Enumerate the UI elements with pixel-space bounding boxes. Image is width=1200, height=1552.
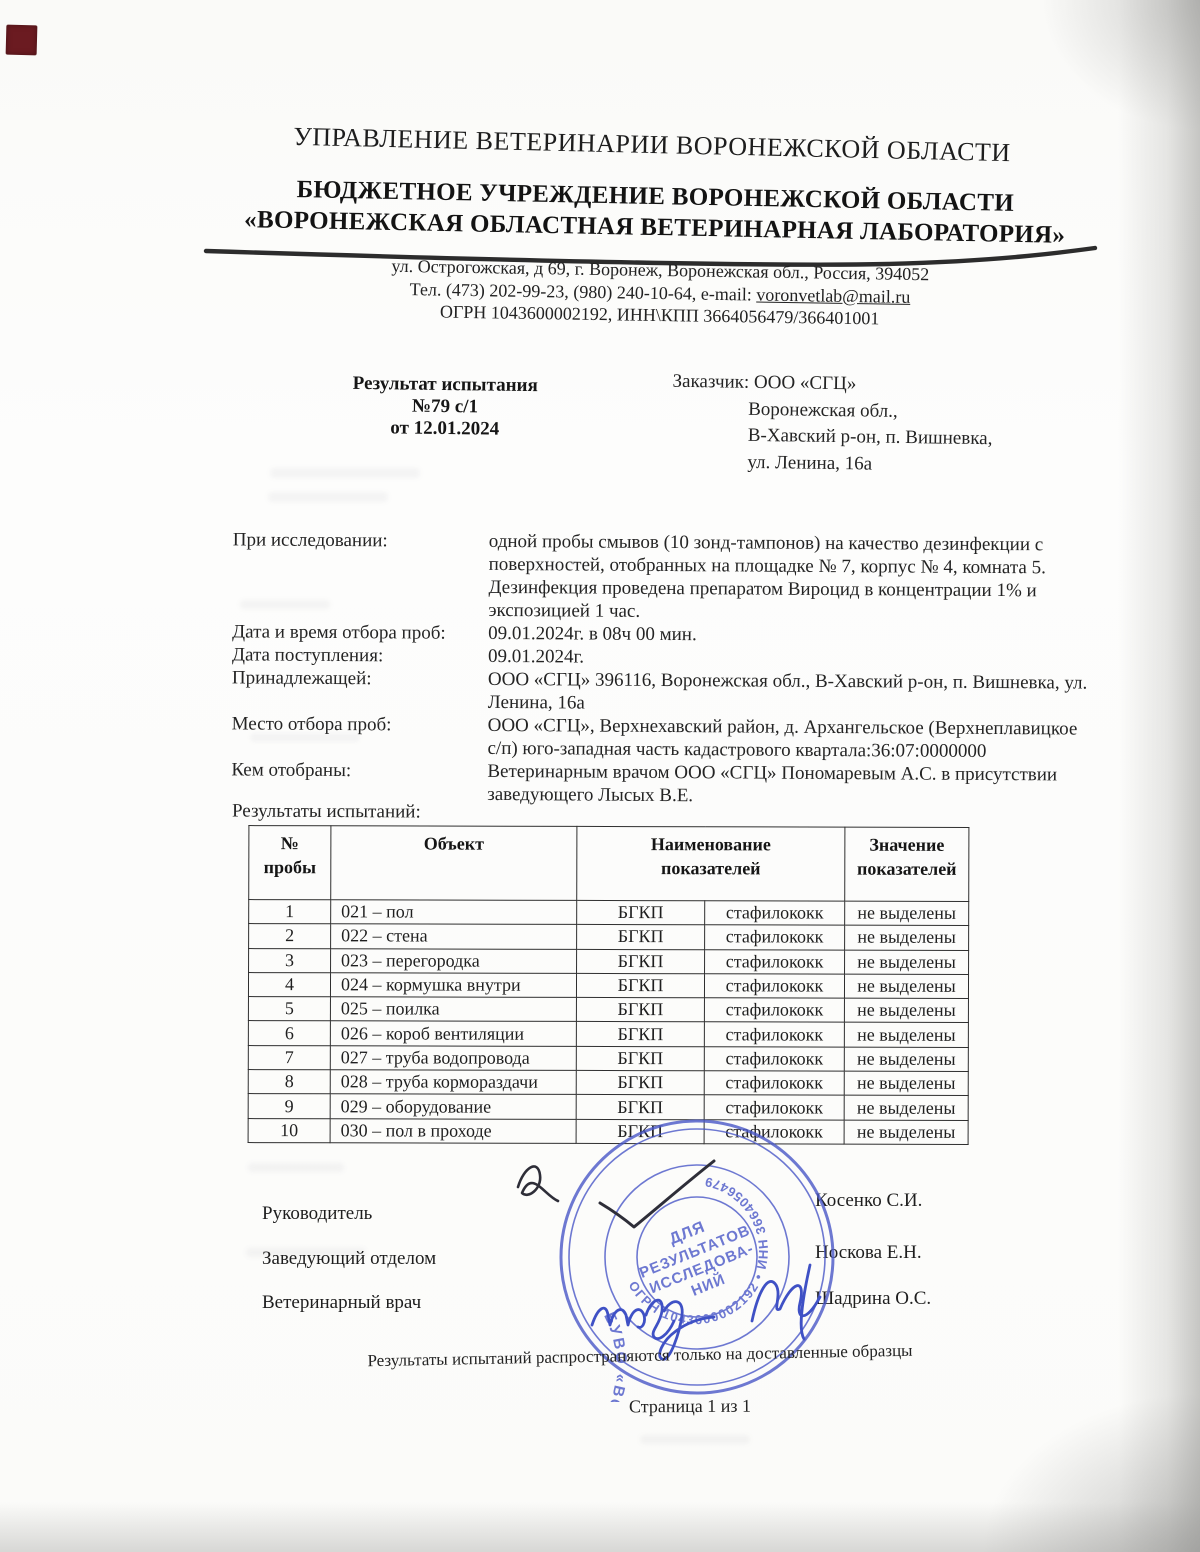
scan-corner-shadow-bottom-right: [980, 1392, 1200, 1552]
cell-sample-no: 3: [249, 948, 331, 973]
table-row: 8028 – труба кормораздачиБГКПстафилококк…: [248, 1070, 968, 1096]
results-table: № пробы Объект Наименование показателей …: [248, 825, 970, 1145]
scan-corner-shadow-top-right: [1040, 0, 1200, 130]
info-label: Кем отобраны:: [231, 758, 487, 806]
email-link: voronvetlab@mail.ru: [756, 284, 910, 306]
info-value: ООО «СГЦ», Верхнехавский район, д. Архан…: [487, 714, 1093, 764]
cell-object: 030 – пол в проходе: [330, 1118, 576, 1143]
cell-object: 026 – короб вентиляции: [330, 1021, 576, 1046]
signature-name: Шадрина О.С.: [815, 1288, 931, 1310]
signature-title: Ветеринарный врач: [262, 1292, 421, 1314]
bleed-through-artifact: [640, 1435, 750, 1444]
cell-indicator-1: БГКП: [576, 973, 704, 998]
result-title-line3: от 12.01.2024: [300, 416, 590, 442]
cell-value: не выделены: [845, 901, 969, 926]
result-title-block: Результат испытания №79 с/1 от 12.01.202…: [300, 372, 591, 442]
cell-object: 028 – труба кормораздачи: [330, 1070, 576, 1095]
table-row: 7027 – труба водопроводаБГКПстафилококкн…: [248, 1045, 968, 1071]
cell-value: не выделены: [845, 925, 969, 950]
cell-indicator-1: БГКП: [577, 900, 705, 925]
info-value: одной пробы смывов (10 зонд-тампонов) на…: [488, 530, 1095, 626]
info-row: Принадлежащей: ООО «СГЦ» 396116, Воронеж…: [232, 666, 1094, 717]
cell-value: не выделены: [844, 974, 968, 999]
cell-indicator-2: стафилококк: [704, 1022, 844, 1047]
cell-object: 027 – труба водопровода: [330, 1046, 576, 1071]
cell-object: 024 – кормушка внутри: [330, 973, 576, 998]
footer-disclaimer: Результаты испытаний распространяются то…: [40, 1334, 1200, 1377]
cell-indicator-1: БГКП: [576, 1095, 704, 1120]
table-header-row: № пробы Объект Наименование показателей …: [249, 826, 969, 902]
stamp-center-line: ДЛЯ: [667, 1219, 708, 1249]
stamp-numbers-text: ОГРН 1043600002192 • ИНН 3664056479: [598, 1160, 794, 1351]
cell-value: не выделены: [844, 1071, 968, 1096]
cell-indicator-2: стафилококк: [705, 949, 845, 974]
customer-line1: Заказчик: ООО «СГЦ»: [672, 369, 993, 400]
cell-value: не выделены: [844, 998, 968, 1023]
cell-sample-no: 7: [248, 1045, 330, 1070]
table-row: 10030 – пол в проходеБГКПстафилококкне в…: [248, 1118, 968, 1144]
results-table-body: 1021 – полБГКПстафилококкне выделены2022…: [248, 900, 969, 1145]
cell-indicator-1: БГКП: [577, 925, 705, 950]
table-row: 5025 – поилкаБГКПстафилококкне выделены: [248, 997, 968, 1023]
info-value: Ветеринарным врачом ООО «СГЦ» Пономаревы…: [487, 760, 1093, 810]
organization-name: БЮДЖЕТНОЕ УЧРЕЖДЕНИЕ ВОРОНЕЖСКОЙ ОБЛАСТИ…: [55, 169, 1200, 254]
noskova-signature: [752, 1265, 820, 1339]
stamp-outer-text: БУВО «ВОРОНЕЖСКАЯ ОБЛВЕТЛАБОРАТОРИЯ»: [552, 1225, 667, 1402]
cell-indicator-1: БГКП: [576, 1046, 704, 1071]
table-row: 4024 – кормушка внутриБГКПстафилококкне …: [248, 972, 968, 998]
info-label: При исследовании:: [232, 528, 489, 622]
cell-value: не выделены: [844, 1120, 968, 1145]
cell-object: 022 – стена: [331, 924, 577, 949]
signature-title: Заведующий отделом: [262, 1248, 436, 1270]
signature-title: Руководитель: [262, 1203, 372, 1225]
cell-indicator-1: БГКП: [576, 1070, 704, 1095]
cell-value: не выделены: [844, 1047, 968, 1072]
cell-sample-no: 10: [248, 1118, 330, 1143]
handwritten-signatures: [470, 1125, 870, 1375]
customer-line4: ул. Ленина, 16а: [671, 448, 992, 479]
cell-indicator-2: стафилококк: [704, 974, 844, 999]
cell-sample-no: 2: [249, 924, 331, 949]
cell-indicator-1: БГКП: [577, 949, 705, 974]
info-label: Принадлежащей:: [232, 666, 488, 714]
cell-sample-no: 4: [248, 972, 330, 997]
cell-value: не выделены: [844, 1023, 968, 1048]
table-row: 9029 – оборудованиеБГКПстафилококкне выд…: [248, 1094, 968, 1120]
cell-sample-no: 8: [248, 1070, 330, 1095]
red-scan-artifact: [6, 25, 38, 56]
info-row: При исследовании: одной пробы смывов (10…: [232, 528, 1095, 625]
cell-indicator-2: стафилококк: [704, 1095, 844, 1120]
cell-indicator-2: стафилококк: [704, 1071, 844, 1096]
signature-name: Носкова Е.Н.: [815, 1242, 922, 1264]
department-name: УПРАВЛЕНИЕ ВЕТЕРИНАРИИ ВОРОНЕЖСКОЙ ОБЛАС…: [52, 116, 1200, 173]
table-row: 6026 – короб вентиляцииБГКПстафилококкне…: [248, 1021, 968, 1047]
info-label: Дата поступления:: [232, 643, 488, 668]
svg-text:ОГРН 1043600002192 • ИНН 366: ОГРН 1043600002192 • ИНН 3664056479: [598, 1160, 794, 1351]
results-table-header: № пробы Объект Наименование показателей …: [249, 826, 969, 902]
cell-indicator-2: стафилококк: [704, 998, 844, 1023]
stamp-center-line: НИЙ: [688, 1270, 728, 1300]
cell-indicator-1: БГКП: [576, 1119, 704, 1144]
director-signature: [518, 1161, 714, 1227]
table-row: 2022 – стенаБГКПстафилококкне выделены: [249, 924, 969, 950]
info-label: Дата и время отбора проб:: [232, 620, 488, 645]
cell-value: не выделены: [844, 1095, 968, 1120]
info-row: Место отбора проб: ООО «СГЦ», Верхнехавс…: [231, 712, 1093, 763]
bleed-through-artifact: [248, 1163, 344, 1172]
cell-object: 021 – пол: [331, 900, 577, 925]
col-header-object: Объект: [331, 826, 577, 901]
contact-block: ул. Острогожская, д 69, г. Воронеж, Воро…: [60, 250, 1200, 336]
cell-sample-no: 6: [248, 1021, 330, 1046]
bleed-through-artifact: [268, 492, 388, 502]
cell-indicator-2: стафилококк: [704, 1047, 844, 1072]
cell-sample-no: 9: [248, 1094, 330, 1119]
cell-object: 023 – перегородка: [331, 948, 577, 973]
table-row: 1021 – полБГКПстафилококкне выделены: [249, 900, 969, 926]
cell-indicator-2: стафилококк: [705, 901, 845, 926]
cell-object: 029 – оборудование: [330, 1094, 576, 1119]
signature-name: Косенко С.И.: [815, 1190, 922, 1212]
cell-object: 025 – поилка: [330, 997, 576, 1022]
svg-text:БУВО «ВОРОНЕЖСКАЯ ОБЛВЕТЛАБОРА: БУВО «ВОРОНЕЖСКАЯ ОБЛВЕТЛАБОРАТОРИЯ»: [552, 1225, 667, 1402]
cell-sample-no: 5: [248, 997, 330, 1022]
cell-indicator-1: БГКП: [576, 998, 704, 1023]
info-value: ООО «СГЦ» 396116, Воронежская обл., В-Ха…: [488, 668, 1094, 718]
scanned-document-page: УПРАВЛЕНИЕ ВЕТЕРИНАРИИ ВОРОНЕЖСКОЙ ОБЛАС…: [0, 0, 1200, 1552]
col-header-indicator: Наименование показателей: [577, 826, 845, 901]
info-label: Место отбора проб:: [231, 712, 487, 760]
cell-sample-no: 1: [249, 900, 331, 925]
scan-edge-shadow-right: [1118, 0, 1200, 1552]
cell-value: не выделены: [845, 950, 969, 975]
table-row: 3023 – перегородкаБГКПстафилококкне выде…: [249, 948, 969, 974]
cell-indicator-1: БГКП: [576, 1022, 704, 1047]
customer-block: Заказчик: ООО «СГЦ» Воронежская обл., В-…: [671, 369, 993, 479]
bleed-through-artifact: [270, 468, 420, 478]
col-header-sample-no: № пробы: [249, 826, 331, 900]
sample-info-section: При исследовании: одной пробы смывов (10…: [231, 528, 1095, 809]
stamp-center-line: РЕЗУЛЬТАТОВ: [637, 1222, 753, 1282]
cell-indicator-2: стафилококк: [705, 925, 845, 950]
stamp-center-line: ИССЛЕДОВА-: [647, 1240, 756, 1297]
cell-indicator-2: стафилококк: [704, 1119, 844, 1144]
results-section-label: Результаты испытаний:: [232, 801, 421, 824]
col-header-value: Значение показателей: [845, 827, 969, 901]
